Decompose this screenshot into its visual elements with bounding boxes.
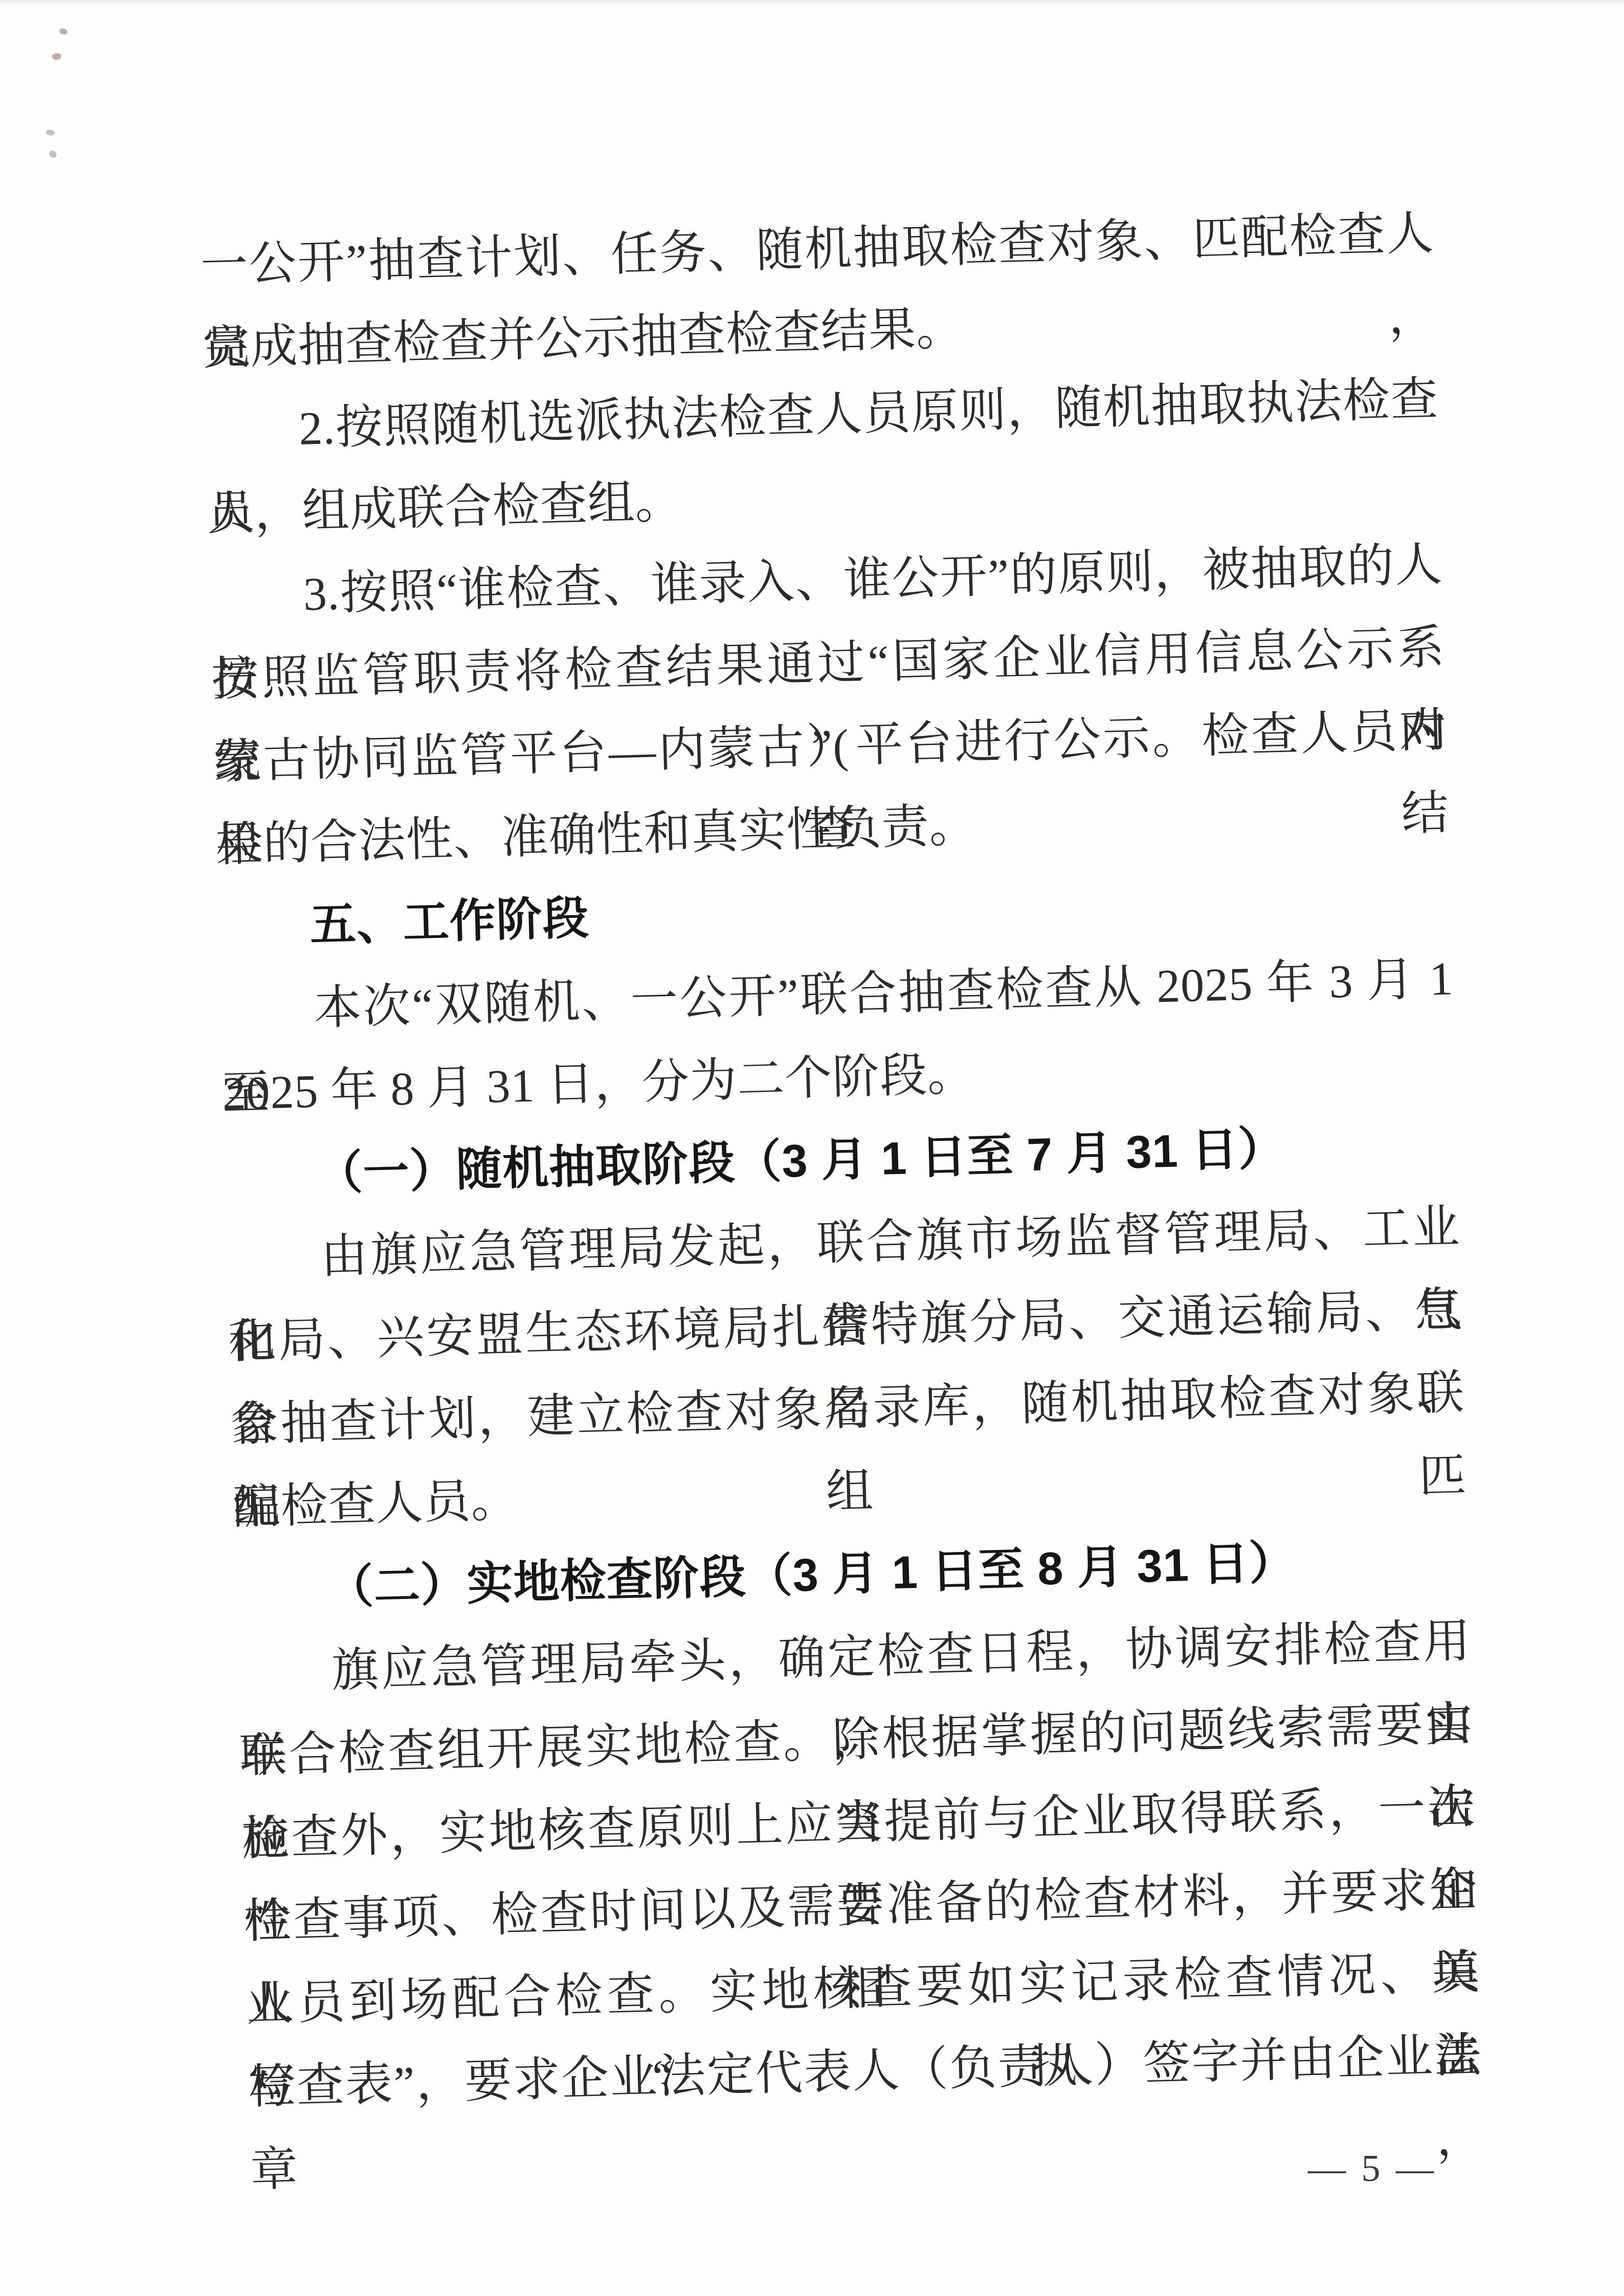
document-page: { "document": { "lines": [ "一公开”抽查计划、任务、… — [0, 0, 1624, 2296]
scan-speck-2 — [52, 53, 62, 60]
scan-speck-4 — [48, 149, 58, 159]
scan-speck-1 — [59, 28, 68, 35]
document-text-block: 一公开”抽查计划、任务、随机抽取检查对象、匹配检查人员， 完成抽查检查并公示抽查… — [199, 192, 1483, 2129]
scan-edge-noise — [0, 0, 1624, 5]
scan-speck-3 — [46, 129, 55, 136]
page-number: — 5 — — [1293, 2146, 1452, 2192]
text-line: 一公开”抽查计划、任务、随机抽取检查对象、匹配检查人员， — [199, 192, 1435, 307]
